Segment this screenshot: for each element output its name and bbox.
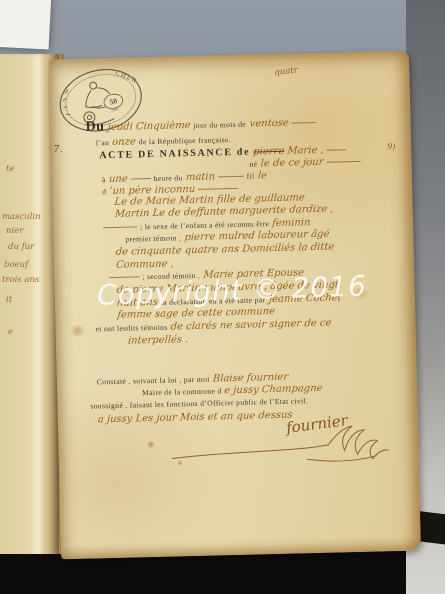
photo-of-register: temasculinnierdu furboeuftrois ansite CH… bbox=[0, 0, 445, 594]
act-number: 7. bbox=[53, 144, 63, 155]
line-place-date: a jussy Les jour Mois et an que dessus bbox=[98, 406, 296, 427]
printed-text: d bbox=[102, 188, 106, 196]
handwritten-text: ventose bbox=[249, 119, 289, 130]
printed-text: ACTE DE NAISSANCE de bbox=[99, 148, 250, 162]
left-page-handwriting-fragment: boeuf bbox=[4, 260, 28, 270]
printed-text: jour du mois de bbox=[193, 121, 246, 130]
left-page-handwriting-fragment: it bbox=[6, 295, 12, 305]
left-page-edge bbox=[30, 54, 46, 554]
form-blank-rule bbox=[103, 226, 137, 228]
left-page-handwriting-fragment: e bbox=[8, 327, 13, 337]
line-witness-sign2: interpellés . bbox=[128, 330, 192, 348]
form-blank-rule bbox=[291, 122, 315, 124]
handwritten-text: le de ce jour bbox=[260, 158, 324, 170]
form-blank-rule bbox=[327, 149, 347, 150]
handwritten-text: interpellés . bbox=[127, 335, 188, 347]
form-blank-rule bbox=[326, 161, 360, 163]
left-page-handwriting-fragment: du fur bbox=[8, 242, 34, 252]
left-page-handwriting-fragment: trois ans bbox=[2, 275, 39, 285]
form-blank-rule bbox=[130, 178, 150, 179]
left-page-handwriting-fragment: nier bbox=[6, 226, 23, 236]
left-page-handwriting-fragment: masculin bbox=[2, 212, 41, 222]
form-blank-rule bbox=[218, 176, 244, 178]
handwritten-text: a jussy Les jour Mois et an que dessus bbox=[97, 411, 292, 426]
printed-text: fil bbox=[247, 172, 255, 180]
white-corner-paper bbox=[0, 0, 51, 49]
left-page-handwriting-fragment: te bbox=[6, 164, 14, 174]
signature-flourish bbox=[166, 423, 402, 493]
handwritten-text: le bbox=[257, 171, 267, 181]
handwritten-text: de clarés ne savoir signer de ce bbox=[170, 319, 332, 333]
marginal-side-mark: 9) bbox=[387, 142, 395, 151]
